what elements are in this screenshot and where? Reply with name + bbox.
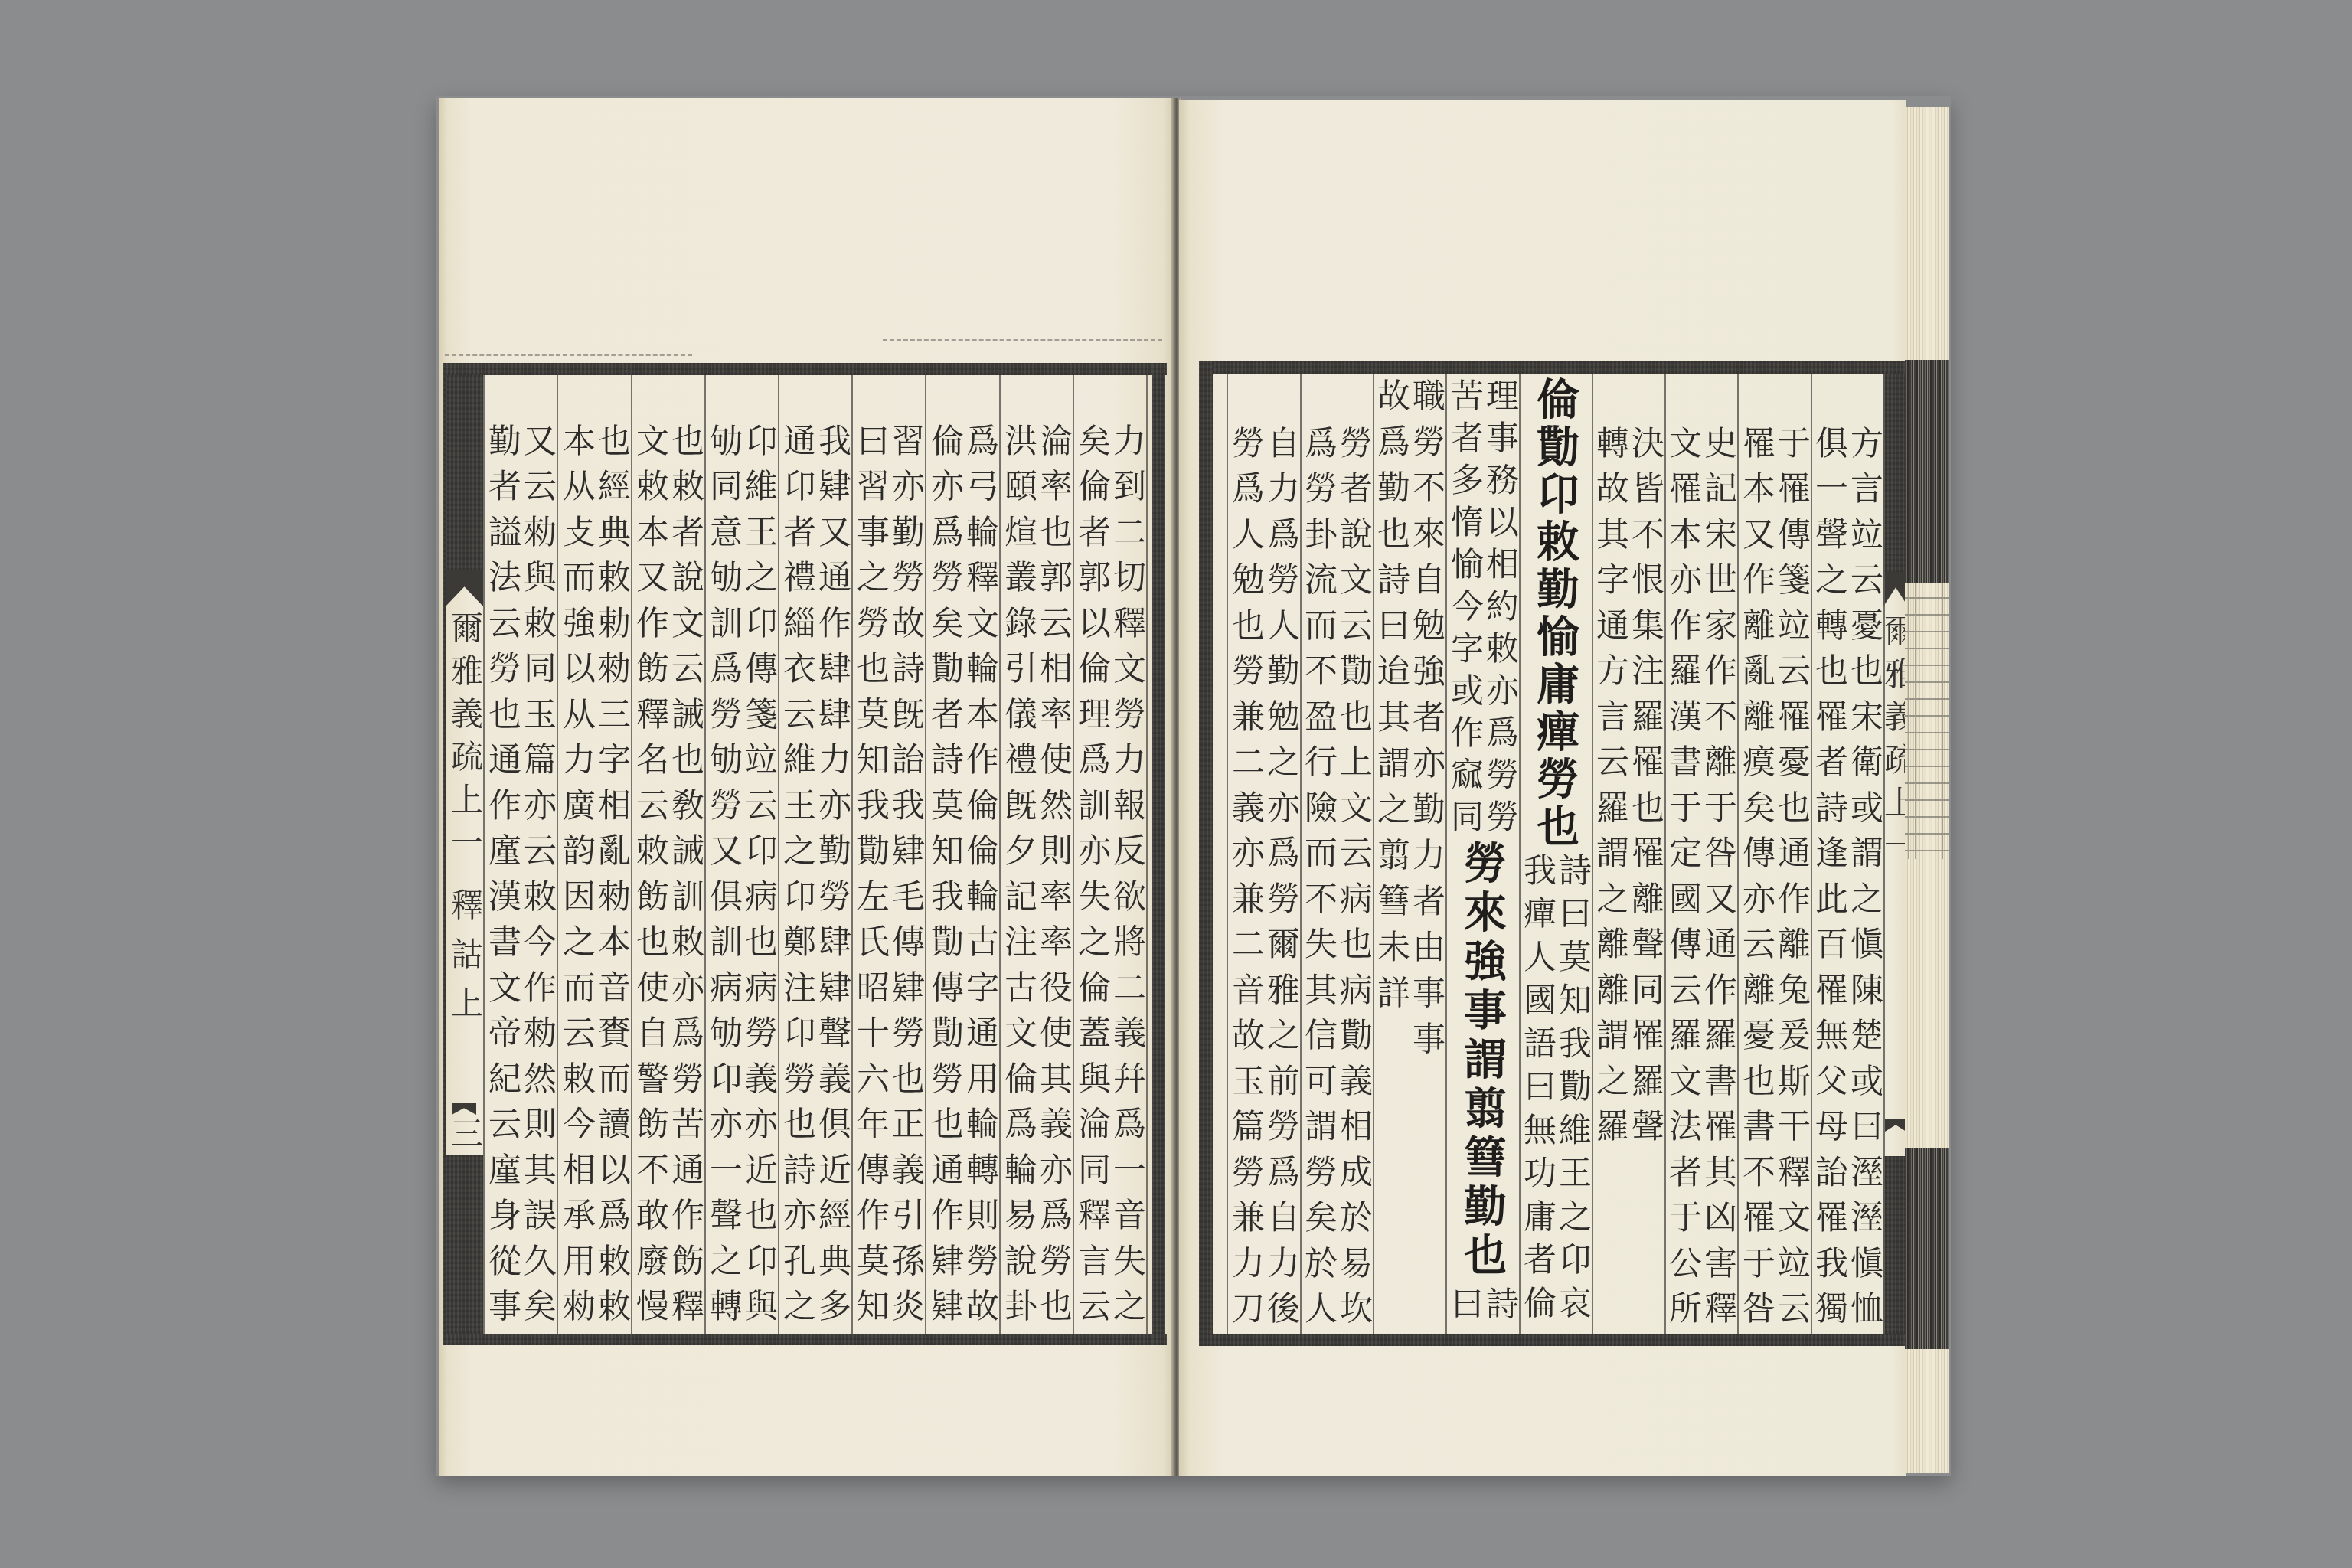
commentary-column: 習亦勤勞故詩旣詒我肄毛傳肄勞也正義引孫炎	[888, 423, 923, 1334]
commentary-column: 爲勞卦流而不盈行險而不失其信可謂勞矣於人	[1301, 426, 1335, 1337]
commentary-column: 勞者說文云勩也上文云病也病勩義相成於易坎	[1336, 426, 1370, 1337]
commentary-column: 劬同意劬訓爲勞劬勞又俱訓病劬卬亦一聲之轉	[706, 423, 740, 1334]
annotation-column: 理事務以相約敕亦爲勞勞	[1482, 378, 1517, 841]
classic-main-text: 勞來強事謂翦篲勤也	[1460, 841, 1504, 1282]
banxin-section: 釋詁上	[448, 888, 482, 1035]
commentary-column: 力到二切釋文勞力報反欲將二義幷爲一音失之	[1109, 423, 1144, 1334]
commentary-column: 勞爲人勉也勞兼二義亦兼二音故玉篇勞兼力刀	[1228, 426, 1263, 1337]
annotation-column: 詩	[1482, 1286, 1517, 1332]
annotation-column: 職勞不來自勉強者亦勤力者由事事	[1409, 378, 1443, 1067]
column-rule	[1883, 374, 1885, 1334]
commentary-column: 方言竝云憂也宋衛或謂之愼陳楚或曰溼溼愼恤	[1847, 426, 1881, 1337]
fore-edge-ink-traces	[1905, 583, 1949, 859]
commentary-column: 文罹本亦作羅漢書于定國傳云羅文法者于公所	[1665, 426, 1700, 1337]
commentary-column: 文敕本又作飭釋名云敕飭也使自警飭不敢廢慢	[632, 423, 667, 1334]
commentary-column: 史記宋世家作不離于咎又通作羅書罹其凶害釋	[1700, 426, 1735, 1337]
commentary-column: 曰習事之勞也莫知我勩左氏昭十六年傳作莫知	[853, 423, 887, 1334]
commentary-column: 也敕者說文云誡也敎誡訓敕亦爲勞苦通作飭釋	[668, 423, 702, 1334]
left-frame-right-border	[1152, 363, 1165, 1345]
commentary-column: 俱一聲之轉也罹者詩逢此百罹無父母詒罹我獨	[1811, 426, 1846, 1337]
commentary-column: 又云勑與敕同玉篇亦云敕今作勑然則其誤久矣	[520, 423, 554, 1334]
commentary-column: 我肄又通作肆肆力亦勤勞肆肄聲義俱近經典多	[815, 423, 849, 1334]
commentary-column: 轉故其字通方言云羅謂之離離謂之羅	[1592, 426, 1627, 1155]
banxin-black-mouth-top	[446, 375, 483, 570]
commentary-column: 倫亦爲勞矣勩者詩莫知我勩傳勩勞也通作肄肄	[927, 423, 962, 1334]
right-frame-left-border	[1199, 361, 1213, 1346]
commentary-column: 罹本又作離亂離瘼矣傳亦云離憂也書不罹于咎	[1739, 426, 1773, 1337]
column-rule	[1146, 375, 1148, 1334]
annotation-column: 我癉人國語曰無功庸者倫	[1520, 853, 1554, 1329]
banxin-title: 爾雅義疏上一	[448, 611, 482, 868]
fore-edge-ink-band	[1905, 360, 1949, 583]
annotation-column: 曰	[1447, 1286, 1481, 1332]
left-frame-bottom-border	[443, 1334, 1167, 1345]
commentary-column: 本从攴而強以从力廣韵因之而云敕今相承用勑	[559, 423, 593, 1334]
commentary-column: 洪頤煊叢錄引儀禮旣夕記注古文倫爲輪易說卦	[1001, 423, 1035, 1334]
banxin-black-mouth-bottom	[446, 1155, 483, 1334]
banxin-page-number: 三	[448, 1116, 482, 1159]
commentary-column: 爲弓輪釋文輪本作倫倫輪古字通用輪轉則勞故	[962, 423, 997, 1334]
annotation-column: 苦者多惰愉今字或作窳同	[1447, 378, 1481, 841]
classic-main-text: 倫勩卬敕勤愉庸癉勞也	[1533, 377, 1577, 851]
faint-offset-line	[883, 339, 1162, 341]
commentary-column: 淪率也郭云相率使然則率率役使其義亦爲勞也	[1036, 423, 1070, 1334]
commentary-column: 自力爲勞人勤勉之亦爲勞爾雅之前勞爲自力後	[1263, 426, 1298, 1337]
annotation-column: 詩曰莫知我勩維王之卬哀	[1555, 853, 1589, 1329]
commentary-column: 勤者謚法云勞也通作廑漢書文帝紀云廑身從事	[485, 423, 519, 1334]
faint-offset-line	[445, 354, 692, 356]
annotation-column: 故爲勤也詩曰迨其謂之翦篲未詳	[1374, 378, 1408, 1021]
fore-edge-page-stack	[1905, 107, 1949, 1473]
right-frame-top-border	[1199, 361, 1908, 374]
commentary-column: 于罹傳箋竝云罹憂也通作離兔爰斯干釋文竝云	[1774, 426, 1808, 1337]
commentary-column: 卬維王之卬傳箋竝云卬病也病勞義亦近也卬與	[741, 423, 776, 1334]
fore-edge-ink-band	[1905, 1148, 1949, 1349]
commentary-column: 通卬者禮緇衣云維王之卬鄭注卬勞也詩亦孔之	[779, 423, 814, 1334]
commentary-column: 也經典敕勅勑三字相亂勑本音賚而讀以爲敕敕	[594, 423, 629, 1334]
commentary-column: 矣倫者郭以倫理爲訓亦失之倫蓋與淪同釋言云	[1074, 423, 1109, 1334]
commentary-column: 決皆不恨集注羅罹也罹離聲同罹羅聲	[1628, 426, 1662, 1155]
left-frame-top-border	[443, 363, 1167, 375]
